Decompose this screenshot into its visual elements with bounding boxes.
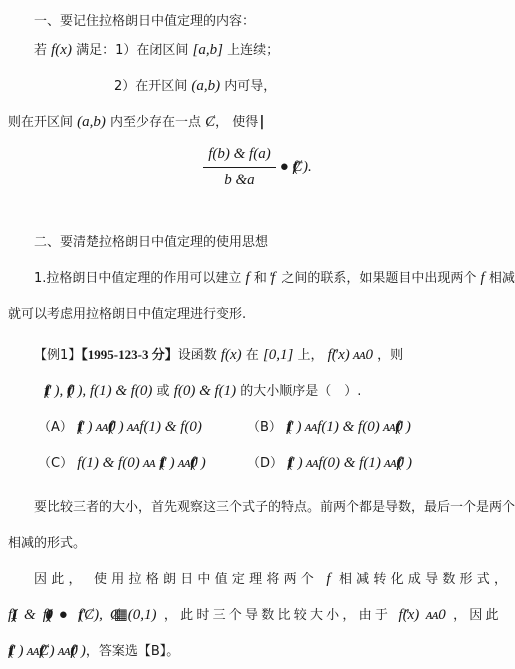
math-expression: ᴀᴀf	[58, 643, 74, 659]
math-expression: f	[67, 383, 71, 399]
math-expression: ● f	[280, 159, 297, 175]
math-expression: x)	[408, 607, 420, 623]
option-a: （A） f′(1) ᴀᴀf′(0) ᴀᴀf(1) & f(0)	[38, 416, 247, 439]
text-run: 要比较三者的大小，首先观察这三个式子的特点。前两个都是导数，最后一个是两个	[34, 500, 515, 515]
mvt-formula: f(b) & f(a)b &a● f′(Ȼ).	[8, 144, 507, 191]
text-run: 设函数	[178, 348, 221, 363]
text-run: ，此时三个导数比较大小，由于	[157, 608, 399, 623]
math-expression: [a,b]	[193, 42, 223, 58]
text-run: 则在开区间	[8, 115, 77, 130]
text-run: （D）	[247, 456, 287, 471]
analysis-line-4: f(1) & f(0) ● f′(Ȼ), Ȼ▦(0,1) ，此时三个导数比较大小…	[8, 604, 507, 627]
theorem-condition-2-line: 2）在开区间 (a,b) 内可导，	[8, 75, 507, 98]
math-expression: & f	[17, 607, 47, 623]
text-run: 若	[34, 43, 51, 58]
text-run: ，因此	[446, 608, 499, 623]
text-run: 之间的联系，如果题目中出现两个	[277, 271, 480, 286]
document-page: 一、要记住拉格朗日中值定理的内容：若 f(x) 满足：1）在闭区间 [a,b] …	[0, 0, 515, 669]
text-run: 内至少存在一点	[106, 115, 205, 130]
option-c: （C） f(1) & f(0) ᴀᴀ f′(1) ᴀᴀf′(0)	[38, 452, 247, 475]
section-2-heading: 二、要清楚拉格朗日中值定理的使用思想	[8, 231, 507, 254]
fraction-numerator: f(b) & f(a)	[203, 144, 275, 168]
math-expression: ᴀᴀ0	[419, 607, 445, 623]
document-content: 一、要记住拉格朗日中值定理的内容：若 f(x) 满足：1）在闭区间 [a,b] …	[8, 10, 507, 663]
usage-line-2: 就可以考虑用拉格朗日中值定理进行变形.	[8, 303, 507, 326]
text-run: 一、要记住拉格朗日中值定理的内容：	[34, 14, 255, 29]
fraction-denominator: b &a	[203, 168, 275, 191]
option-b: （B） f′(1) ᴀᴀf(1) & f(0) ᴀᴀf′(0)	[247, 416, 507, 439]
usage-line-1: 1.拉格朗日中值定理的作用可以建立 f 和 f′ 之间的联系，如果题目中出现两个…	[8, 267, 507, 290]
section-1-heading: 一、要记住拉格朗日中值定理的内容：	[8, 10, 507, 33]
math-expression: ᴀᴀf(1) & f(0)	[127, 419, 201, 435]
option-d: （D） f′(1) ᴀᴀf(0) & f(1) ᴀᴀf′(0)	[247, 452, 507, 475]
text-run: 相减，	[485, 271, 515, 286]
math-expression: )	[88, 419, 97, 435]
math-expression: )	[297, 419, 306, 435]
analysis-line-1: 要比较三者的大小，首先观察这三个式子的特点。前两个都是导数，最后一个是两个 f	[8, 496, 507, 519]
analysis-line-2: 相减的形式。	[8, 532, 507, 555]
analysis-line-3: 因此， 使用拉格朗日中值定理将两个 f 相减转化成导数形式，	[8, 568, 507, 591]
theorem-conclusion-line: 则在开区间 (a,b) 内至少存在一点 Ȼ， 使得|	[8, 111, 507, 134]
math-expression: Ȼ	[205, 114, 215, 130]
math-expression: f	[287, 455, 291, 471]
text-run: 二、要清楚拉格朗日中值定理的使用思想	[34, 235, 268, 250]
math-expression: f	[398, 607, 402, 623]
math-expression: (a,b)	[191, 78, 220, 94]
text-run: 2）在开区间	[114, 79, 191, 94]
math-expression: ),	[54, 383, 67, 399]
math-expression: f(1) & f(0) ᴀᴀ f	[77, 455, 163, 471]
math-expression: f(b) & f(a)	[208, 146, 270, 162]
garbled-math-glyph: Ȼ▦	[110, 607, 122, 623]
fraction: f(b) & f(a)b &a	[203, 144, 275, 191]
math-expression: f	[286, 419, 290, 435]
math-expression: f(x)	[221, 347, 242, 363]
text-run: ， 使得	[215, 115, 258, 130]
math-expression: (0,1)	[128, 607, 157, 623]
text-run: 相减转化成导数形式，	[331, 572, 507, 587]
answer-line: f′(1) ᴀᴀf′(Ȼ) ᴀᴀf′(0)，答案选【B】。	[8, 640, 507, 663]
math-expression: ᴀᴀf	[178, 455, 194, 471]
text-cursor: |	[259, 114, 264, 130]
formula-rhs: ● f′(Ȼ).	[280, 160, 312, 175]
example-1-line-1: 【例1】【1995-123-3 分】设函数 f(x) 在 [0,1] 上， f″…	[8, 343, 507, 367]
math-expression: [0,1]	[263, 347, 293, 363]
math-expression: f	[77, 419, 81, 435]
options-row-ab: （A） f′(1) ᴀᴀf′(0) ᴀᴀf(1) & f(0)（B） f′(1)…	[8, 416, 507, 439]
math-expression: f(x)	[51, 42, 72, 58]
text-run: ，答案选【B】。	[86, 644, 179, 659]
example-1-line-2: f′(1), f′(0), f(1) & f(0) 或 f(0) & f(1) …	[8, 380, 507, 403]
math-expression: ᴀᴀf(0) & f(1) ᴀᴀf	[306, 455, 400, 471]
text-run: 内可导，	[220, 79, 276, 94]
math-expression: ᴀᴀ0	[350, 347, 373, 363]
text-run: ，则	[373, 348, 403, 363]
math-expression: f	[44, 383, 48, 399]
text-run: 1.拉格朗日中值定理的作用可以建立	[34, 271, 246, 286]
math-expression: )	[201, 455, 206, 471]
math-expression: f(0) & f(1)	[174, 383, 236, 399]
text-run: 【例1】	[34, 348, 81, 363]
bold-text: 【1995-123-3 分】	[81, 347, 177, 362]
math-expression: b &a	[224, 172, 254, 188]
math-expression: f	[8, 643, 12, 659]
math-expression: x)	[338, 347, 350, 363]
math-expression: )	[18, 643, 27, 659]
math-expression: ).	[303, 159, 312, 175]
text-run: （A）	[38, 420, 77, 435]
text-run: （B）	[247, 420, 286, 435]
math-expression: f	[328, 347, 332, 363]
text-run: 满足：1）在闭区间	[72, 43, 193, 58]
math-expression: ᴀᴀf	[27, 643, 43, 659]
text-run: 的大小顺序是（ ）.	[236, 384, 361, 399]
math-expression: )	[407, 455, 412, 471]
text-run: 相减的形式。	[8, 536, 86, 551]
theorem-hypothesis-line: 若 f(x) 满足：1）在闭区间 [a,b] 上连续；	[8, 39, 507, 62]
text-run: 和	[250, 271, 271, 286]
math-expression: f(1) & f(0)	[90, 383, 152, 399]
math-expression: (a,b)	[77, 114, 106, 130]
text-run: 因此， 使用拉格朗日中值定理将两个	[34, 572, 326, 587]
math-expression: ᴀᴀf(1) & f(0) ᴀᴀf	[305, 419, 399, 435]
text-run: 上连续；	[223, 43, 279, 58]
math-expression: ),	[77, 383, 90, 399]
math-expression: ᴀᴀf	[96, 419, 112, 435]
text-run: 在	[242, 348, 263, 363]
options-row-cd: （C） f(1) & f(0) ᴀᴀ f′(1) ᴀᴀf′(0)（D） f′(1…	[8, 452, 507, 475]
text-run: 上，	[293, 348, 327, 363]
math-expression: f	[8, 607, 12, 623]
math-expression: )	[406, 419, 411, 435]
text-run: （C）	[38, 456, 77, 471]
text-run: 就可以考虑用拉格朗日中值定理进行变形.	[8, 307, 246, 322]
math-expression: ● f	[52, 607, 82, 623]
math-expression: Ȼ),	[84, 607, 110, 623]
text-run: 或	[152, 384, 173, 399]
